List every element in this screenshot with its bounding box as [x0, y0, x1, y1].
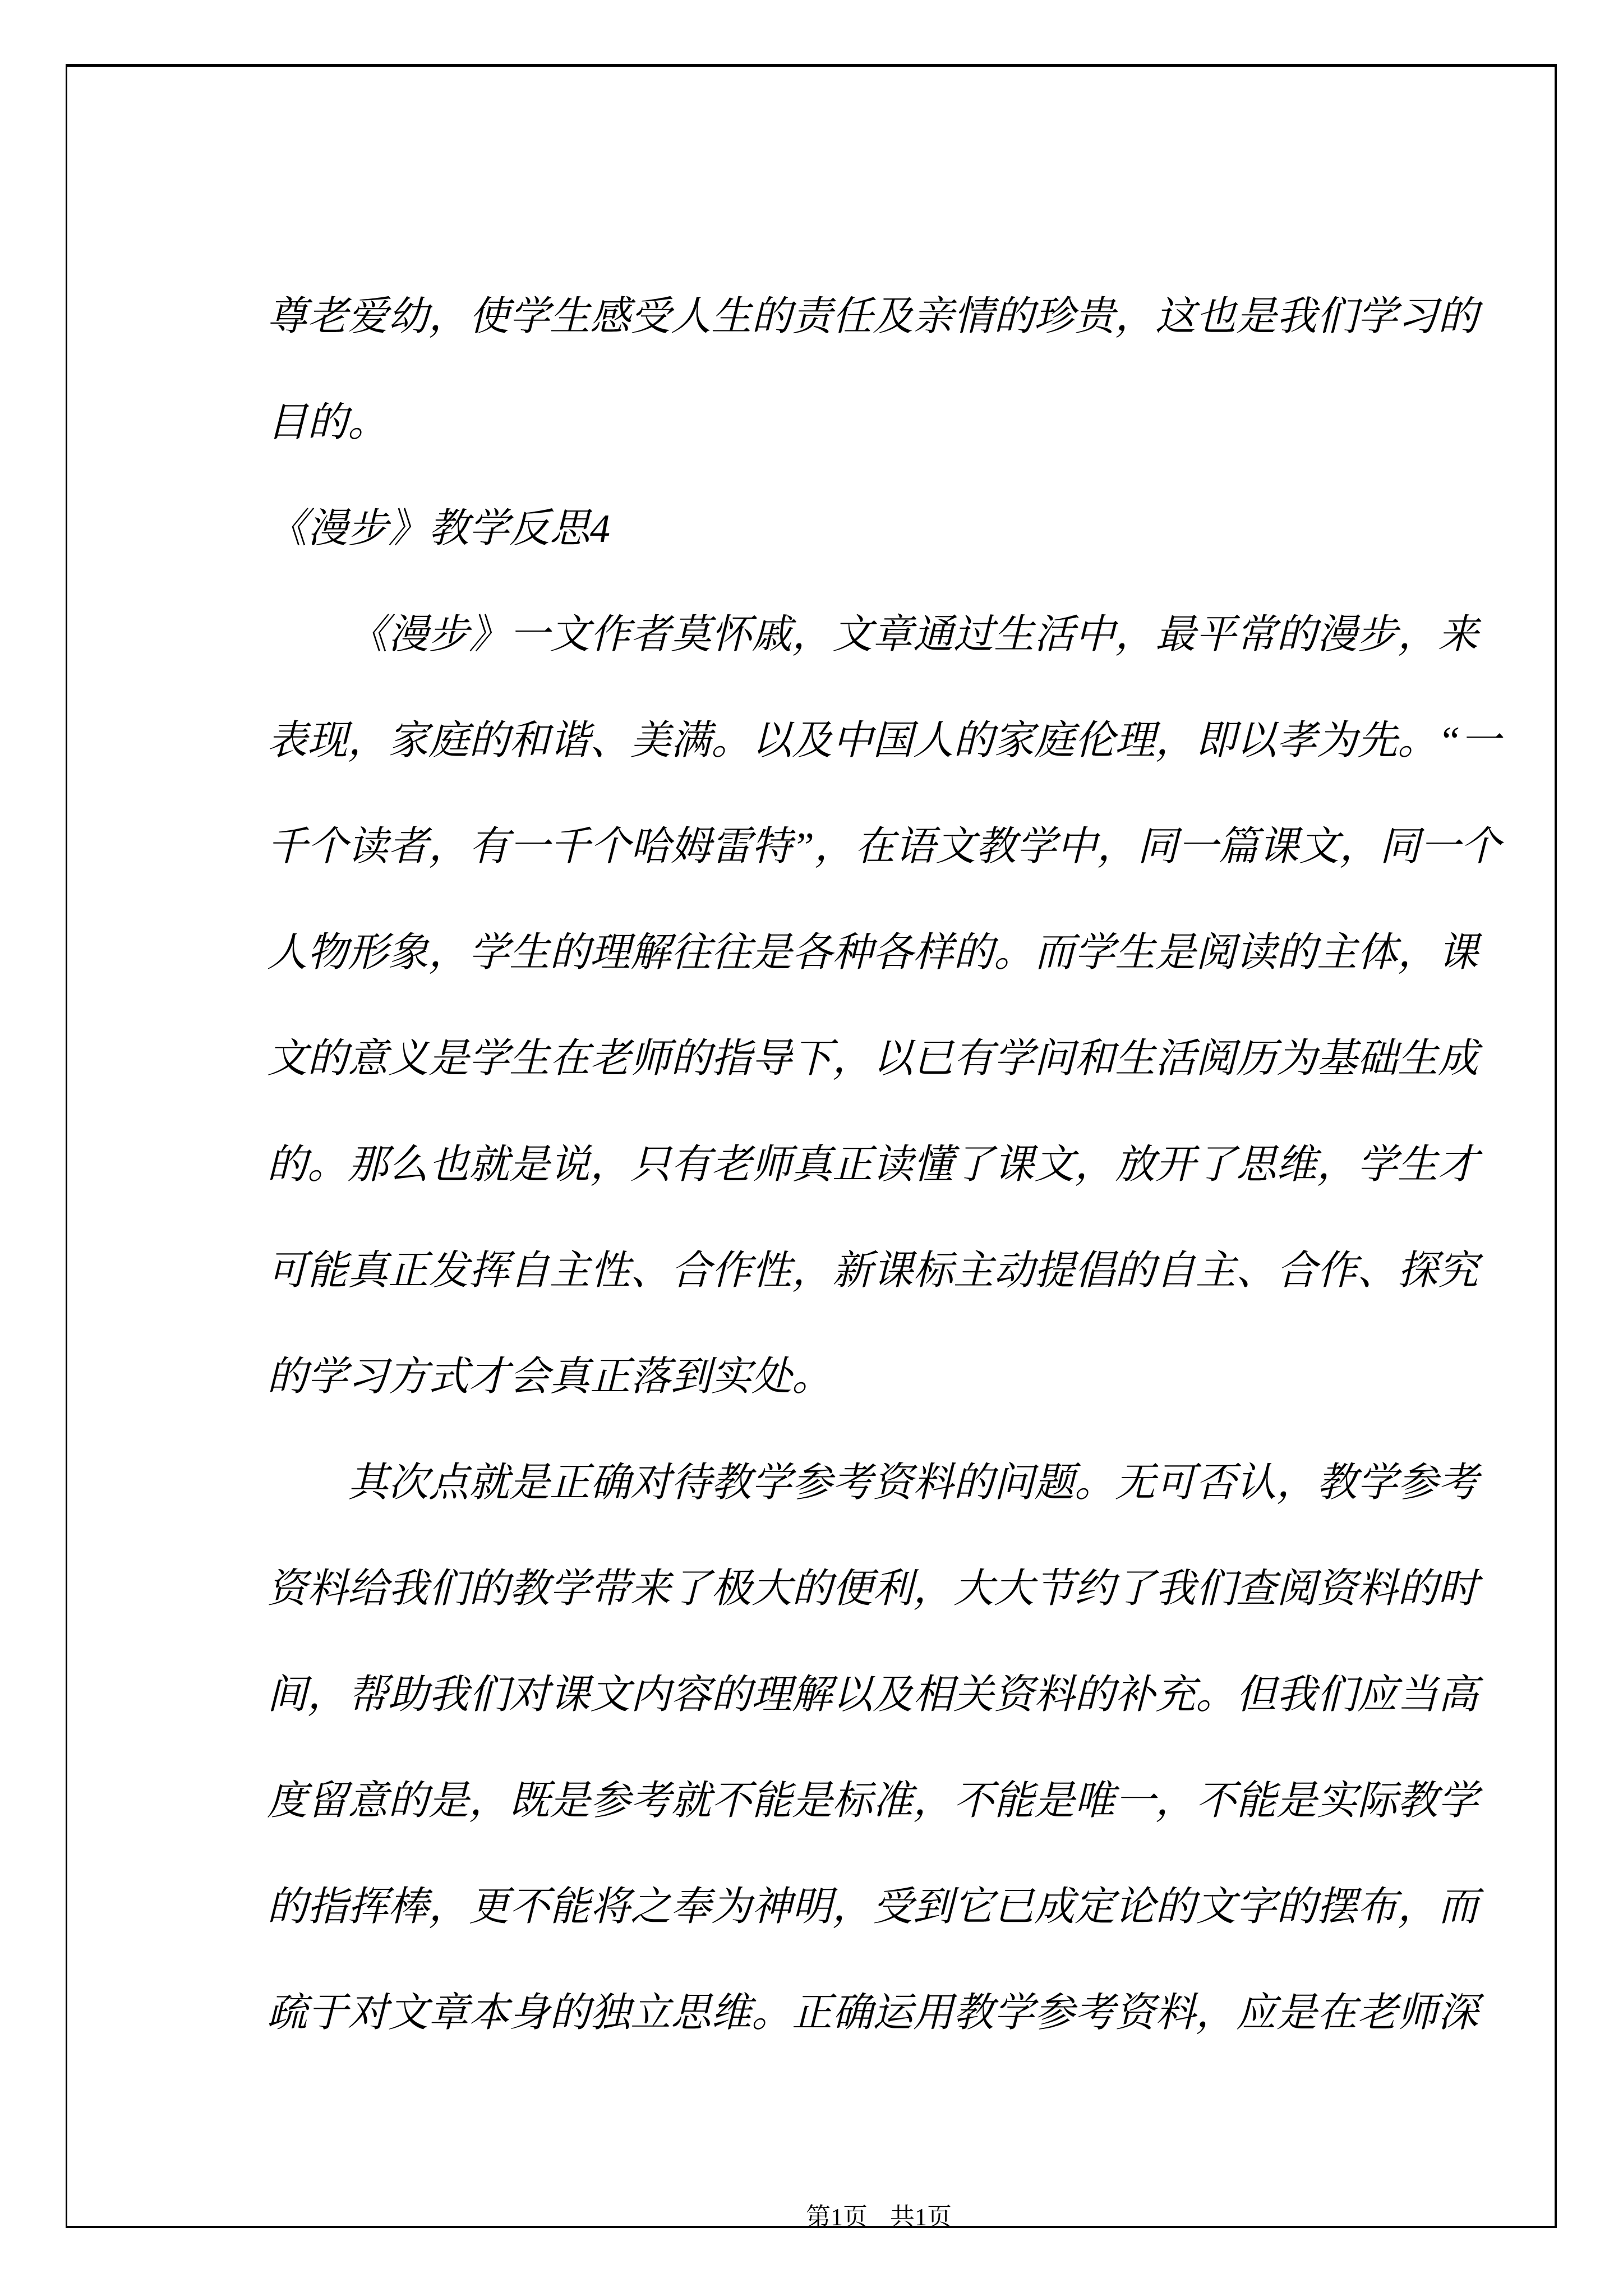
- text-line: 其次点就是正确对待教学参考资料的问题。无可否认，教学参考: [267, 1430, 1529, 1536]
- text-line: 目的。: [267, 370, 1529, 476]
- document-text-block: 尊老爱幼，使学生感受人生的责任及亲情的珍贵，这也是我们学习的 目的。 《漫步》教…: [267, 264, 1529, 2066]
- text-line: 疏于对文章本身的独立思维。正确运用教学参考资料，应是在老师深: [267, 1960, 1529, 2066]
- page-footer: 第1页共1页: [67, 2201, 1623, 2234]
- text-line: 《漫步》教学反思4: [267, 476, 1529, 582]
- text-line: 尊老爱幼，使学生感受人生的责任及亲情的珍贵，这也是我们学习的: [267, 264, 1529, 370]
- text-line: 资料给我们的教学带来了极大的便利，大大节约了我们查阅资料的时: [267, 1536, 1529, 1642]
- text-line: 文的意义是学生在老师的指导下，以已有学问和生活阅历为基础生成: [267, 1006, 1529, 1112]
- text-line: 可能真正发挥自主性、合作性，新课标主动提倡的自主、合作、探究: [267, 1218, 1529, 1324]
- text-line: 度留意的是，既是参考就不能是标准，不能是唯一，不能是实际教学: [267, 1748, 1529, 1854]
- text-line: 《漫步》一文作者莫怀戚，文章通过生活中，最平常的漫步，来: [267, 582, 1529, 688]
- text-line: 人物形象，学生的理解往往是各种各样的。而学生是阅读的主体，课: [267, 900, 1529, 1006]
- text-line: 的。那么也就是说，只有老师真正读懂了课文，放开了思维，学生才: [267, 1112, 1529, 1218]
- text-line: 千个读者，有一千个哈姆雷特”，在语文教学中，同一篇课文，同一个: [267, 794, 1529, 900]
- text-line: 表现，家庭的和谐、美满。以及中国人的家庭伦理，即以孝为先。“一: [267, 688, 1529, 794]
- text-line: 间，帮助我们对课文内容的理解以及相关资料的补充。但我们应当高: [267, 1642, 1529, 1748]
- text-line: 的指挥棒，更不能将之奉为神明，受到它已成定论的文字的摆布，而: [267, 1854, 1529, 1960]
- page-frame: 尊老爱幼，使学生感受人生的责任及亲情的珍贵，这也是我们学习的 目的。 《漫步》教…: [66, 64, 1557, 2228]
- text-line: 的学习方式才会真正落到实处。: [267, 1324, 1529, 1430]
- footer-page-label: 第1页: [806, 2203, 868, 2231]
- footer-total-label: 共1页: [890, 2203, 952, 2231]
